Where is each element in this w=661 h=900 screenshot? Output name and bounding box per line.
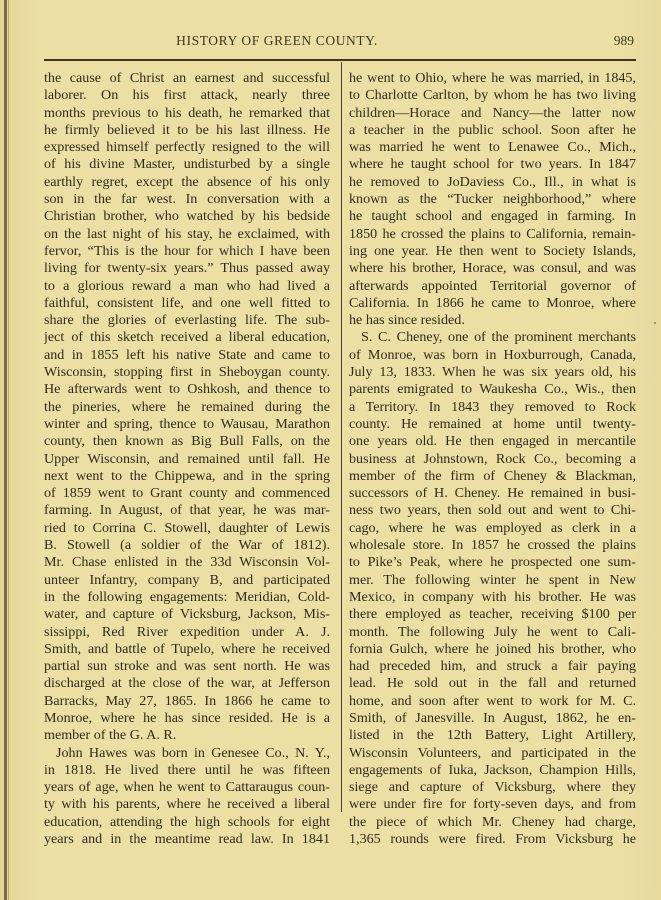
text-line: wholesale store. In 1857 he crossed the … (349, 537, 636, 554)
column-divider (341, 62, 342, 812)
text-line: he firmly believed it to be his last ill… (44, 122, 330, 139)
text-line: Wisconsin, stopping first in Sheboygan c… (44, 364, 330, 381)
text-line: successors of H. Cheney. He remained in … (349, 485, 636, 502)
text-line: lead. He sold out in the fall and return… (349, 675, 636, 692)
text-line: education, attending the high schools fo… (44, 814, 330, 831)
text-line: earthly regret, except the absence of hi… (44, 174, 330, 191)
text-line: to Charlotte Carlton, by whom he has two… (349, 87, 636, 104)
text-line: fornia Gulch, where he joined his brothe… (349, 641, 636, 658)
text-line: on the last night of his stay, he exclai… (44, 226, 330, 243)
text-line: listed in the 12th Battery, Light Artill… (349, 727, 636, 744)
text-line: the pineries, where he remained during t… (44, 399, 330, 416)
text-line: engagements of Iuka, Jackson, Champion H… (349, 762, 636, 779)
text-line: a teacher in the public school. Soon aft… (349, 122, 636, 139)
text-line: Christian brother, who watched by his be… (44, 208, 330, 225)
text-line: California. In 1866 he came to Monroe, w… (349, 295, 636, 312)
text-line: the cause of Christ an earnest and succe… (44, 70, 330, 87)
text-line: next went to the Chippewa, and in the sp… (44, 468, 330, 485)
text-line: in 1818. He lived there until he was fif… (44, 762, 330, 779)
right-column: he went to Ohio, where he was married, i… (349, 70, 636, 848)
text-line: county, then known as Big Bull Falls, on… (44, 433, 330, 450)
text-line: a Territory. In 1843 they removed to Roc… (349, 399, 636, 416)
text-line: member of the G. A. R. (44, 727, 330, 744)
text-line: Smith, and battle of Tupelo, where he re… (44, 641, 330, 658)
text-line: ried to Corrina C. Stowell, daughter of … (44, 520, 330, 537)
text-line: Mr. Chase enlisted in the 33d Wisconsin … (44, 554, 330, 571)
text-line: he removed to JoDaviess Co., Ill., in wh… (349, 174, 636, 191)
text-line: to a glorious reward a man who had lived… (44, 278, 330, 295)
text-line: July 13, 1833. When he was six years old… (349, 364, 636, 381)
text-line: there employed as teacher, receiving $10… (349, 606, 636, 623)
text-line: laborer. On his first attack, nearly thr… (44, 87, 330, 104)
text-line: mer. The following winter he spent in Ne… (349, 572, 636, 589)
text-line: years of age, when he went to Cattaraugu… (44, 779, 330, 796)
text-line: children—Horace and Nancy—the latter now (349, 105, 636, 122)
text-line: he went to Ohio, where he was married, i… (349, 70, 636, 87)
book-page: HISTORY OF GREEN COUNTY. 989 the cause o… (0, 0, 661, 900)
text-line: were under fire for forty-seven days, an… (349, 796, 636, 813)
text-line: S. C. Cheney, one of the prominent merch… (349, 329, 636, 346)
paper-speck (654, 322, 656, 324)
text-line: and in 1855 left his native State and ca… (44, 347, 330, 364)
text-line: farming. In August, of that year, he was… (44, 502, 330, 519)
text-line: living for twenty-six years.” Thus passe… (44, 260, 330, 277)
text-line: fervor, “This is the hour for which I ha… (44, 243, 330, 260)
text-line: partial sun stroke and was sent north. H… (44, 658, 330, 675)
text-line: business at Johnstown, Rock Co., becomin… (349, 451, 636, 468)
text-line: share the glories of everlasting life. T… (44, 312, 330, 329)
text-line: Upper Wisconsin, and remained until fall… (44, 451, 330, 468)
text-line: home, and soon after went to work for M.… (349, 693, 636, 710)
text-line: he taught school and engaged in farming.… (349, 208, 636, 225)
text-line: ing one year. He then went to Society Is… (349, 243, 636, 260)
text-line: known as the “Tucker neighborhood,” wher… (349, 191, 636, 208)
text-line: of his divine Master, undisturbed by a s… (44, 156, 330, 173)
text-line: was married he went to Lenawee Co., Mich… (349, 139, 636, 156)
text-line: member of the firm of Cheney & Blackman, (349, 468, 636, 485)
text-line: B. Stowell (a soldier of the War of 1812… (44, 537, 330, 554)
text-line: had preceded him, and struck a fair payi… (349, 658, 636, 675)
text-line: He afterwards went to Oshkosh, and thenc… (44, 381, 330, 398)
text-line: county. He remained at home until twenty… (349, 416, 636, 433)
text-line: Wisconsin Volunteers, and participated i… (349, 745, 636, 762)
page-number: 989 (614, 33, 634, 49)
running-title: HISTORY OF GREEN COUNTY. (44, 33, 510, 49)
text-line: winter and spring, thence to Wausau, Mar… (44, 416, 330, 433)
text-line: cago, where he was employed as clerk in … (349, 520, 636, 537)
text-line: ject of this sketch received a liberal e… (44, 329, 330, 346)
text-line: faithful, consistent life, and one well … (44, 295, 330, 312)
page-binding-edge (4, 0, 7, 900)
text-line: months previous to his death, he remarke… (44, 105, 330, 122)
text-line: ness two years, then sold out and went t… (349, 502, 636, 519)
text-line: month. The following July he went to Cal… (349, 624, 636, 641)
text-line: the piece of which Mr. Cheney had charge… (349, 814, 636, 831)
text-line: son in the far west. In conversation wit… (44, 191, 330, 208)
text-line: 1850 he crossed the plains to California… (349, 226, 636, 243)
page-binding-shadow (8, 0, 9, 900)
text-line: discharged at the close of the war, at J… (44, 675, 330, 692)
text-line: in the following engagements: Meridian, … (44, 589, 330, 606)
left-column: the cause of Christ an earnest and succe… (44, 70, 330, 848)
text-line: where he taught school for two years. In… (349, 156, 636, 173)
text-line: 1,365 rounds were fired. From Vicksburg … (349, 831, 636, 848)
text-line: water, and capture of Vicksburg, Jackson… (44, 606, 330, 623)
text-line: Monroe, where he has since resided. He i… (44, 710, 330, 727)
text-line: to Pike’s Peak, where he prospected one … (349, 554, 636, 571)
text-line: afterwards appointed Territorial governo… (349, 278, 636, 295)
text-line: ty with his parents, where he received a… (44, 796, 330, 813)
text-line: parents emigrated to Waukesha Co., Wis.,… (349, 381, 636, 398)
text-line: he has since resided. (349, 312, 636, 329)
text-line: of Monroe, was born in Hoxburrough, Cana… (349, 347, 636, 364)
text-line: years and in the meantime read law. In 1… (44, 831, 330, 848)
text-line: siege and capture of Vicksburg, where th… (349, 779, 636, 796)
text-line: unteer Infantry, company B, and particip… (44, 572, 330, 589)
text-line: of 1859 went to Grant county and commenc… (44, 485, 330, 502)
text-line: John Hawes was born in Genesee Co., N. Y… (44, 745, 330, 762)
text-line: expressed himself perfectly resigned to … (44, 139, 330, 156)
text-line: sissippi, Red River expedition under A. … (44, 624, 330, 641)
text-line: Smith, of Janesville. In August, 1862, h… (349, 710, 636, 727)
text-line: one years old. He then engaged in mercan… (349, 433, 636, 450)
text-line: where his brother, Horace, was consul, a… (349, 260, 636, 277)
text-line: Mexico, in company with his brother. He … (349, 589, 636, 606)
text-line: Barracks, May 27, 1865. In 1866 he came … (44, 693, 330, 710)
header-rule (44, 59, 636, 61)
